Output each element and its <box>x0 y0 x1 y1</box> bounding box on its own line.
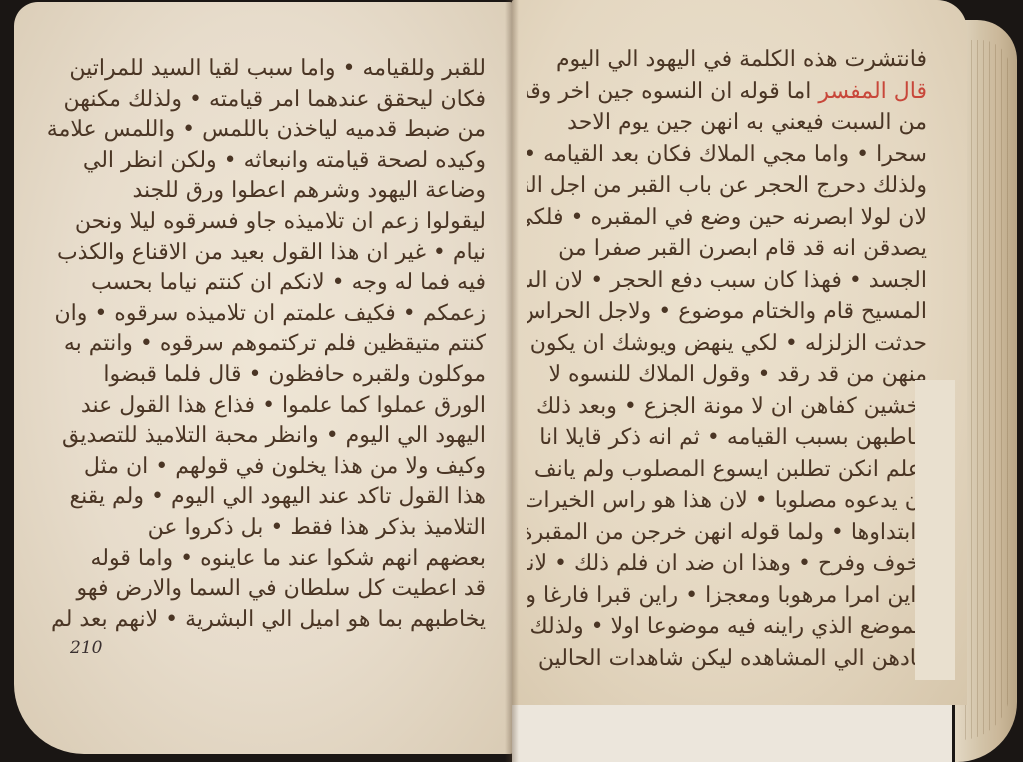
right-page-text: فانتشرت هذه الكلمة في اليهود الي اليوم ق… <box>527 44 927 674</box>
right-page: فانتشرت هذه الكلمة في اليهود الي اليوم ق… <box>512 0 967 705</box>
book-gutter <box>505 0 519 762</box>
line-text: اعلم انكن تطلبن ايسوع المصلوب ولم يانف <box>534 457 927 482</box>
line-text: حدثت الزلزله • لكي ينهض ويوشك ان يكون <box>530 331 927 356</box>
text-line: حدثت الزلزله • لكي ينهض ويوشك ان يكون <box>527 328 927 360</box>
line-text: وابتداوها • ولما قوله انهن خرجن من المقب… <box>527 520 927 545</box>
text-line: بخوف وفرح • وهذا ان ضد ان فلم ذلك • لانه… <box>527 548 927 580</box>
line-text: الجسد • فهذا كان سبب دفع الحجر • لان الس… <box>527 268 927 293</box>
text-line: ليقولوا زعم ان تلاميذه جاو فسرقوه ليلا و… <box>46 207 486 238</box>
text-line: المسيح قام والختام موضوع • ولاجل الحراس <box>527 296 927 328</box>
line-text: فانتشرت هذه الكلمة في اليهود الي اليوم <box>556 47 927 72</box>
folio-number: 210 <box>70 638 102 658</box>
line-text: الموضع الذي راينه فيه موضوعا اولا • ولذل… <box>530 614 927 639</box>
text-line: الورق عملوا كما علموا • فذاع هذا القول ع… <box>46 391 486 422</box>
text-line: نيام • غير ان هذا القول بعيد من الاقناع … <box>46 238 486 269</box>
text-line: هذا القول تاكد عند اليهود الي اليوم • ول… <box>46 482 486 513</box>
line-text: ولذلك دحرج الحجر عن باب القبر من اجل الن… <box>527 173 927 198</box>
line-text: منهن من قد رقد • وقول الملاك للنسوه لا <box>549 362 928 387</box>
text-line: اليهود الي اليوم • وانظر محبة التلاميذ ل… <box>46 421 486 452</box>
text-line: فانتشرت هذه الكلمة في اليهود الي اليوم <box>527 44 927 76</box>
line-text: راين امرا مرهوبا ومعجزا • راين قبرا فارغ… <box>527 583 927 608</box>
line-text: من السبت فيعني به انهن جين يوم الاحد <box>567 110 927 135</box>
paper-patch <box>915 380 955 680</box>
text-line: من السبت فيعني به انهن جين يوم الاحد <box>527 107 927 139</box>
text-line: منهن من قد رقد • وقول الملاك للنسوه لا <box>527 359 927 391</box>
text-line: الموضع الذي راينه فيه موضوعا اولا • ولذل… <box>527 611 927 643</box>
text-line: موكلون ولقبره حافظون • قال فلما قبضوا <box>46 360 486 391</box>
line-text: يصدقن انه قد قام ابصرن القبر صفرا من <box>558 236 927 261</box>
text-line: وضاعة اليهود وشرهم اعطوا ورق للجند <box>46 176 486 207</box>
text-line: سحرا • واما مجي الملاك فكان بعد القيامه … <box>527 139 927 171</box>
text-line: من ضبط قدميه لياخذن باللمس • واللمس علام… <box>46 115 486 146</box>
text-line: فكان ليحقق عندهما امر قيامته • ولذلك مكن… <box>46 85 486 116</box>
text-line: ولذلك دحرج الحجر عن باب القبر من اجل الن… <box>527 170 927 202</box>
rubric-qal-al-mufassir: قال المفسر <box>811 79 927 104</box>
line-text: المسيح قام والختام موضوع • ولاجل الحراس <box>527 299 927 324</box>
text-line: وكيف ولا من هذا يخلون في قولهم • ان مثل <box>46 452 486 483</box>
text-line: بعضهم انهم شكوا عند ما عاينوه • واما قول… <box>46 544 486 575</box>
text-line: فيه فما له وجه • لانكم ان كنتم نياما بحس… <box>46 268 486 299</box>
text-line: ان يدعوه مصلوبا • لان هذا هو راس الخيرات <box>527 485 927 517</box>
text-line: وكيده لصحة قيامته وانبعاثه • ولكن انظر ا… <box>46 146 486 177</box>
left-page-text: للقبر وللقيامه • واما سبب لقيا السيد للم… <box>46 54 486 635</box>
line-text: بخوف وفرح • وهذا ان ضد ان فلم ذلك • لانه… <box>527 551 927 576</box>
text-line: يصدقن انه قد قام ابصرن القبر صفرا من <box>527 233 927 265</box>
text-line: يخاطبهم بما هو اميل الي البشرية • لانهم … <box>46 605 486 636</box>
text-line: قد اعطيت كل سلطان في السما والارض فهو <box>46 574 486 605</box>
text-line: التلاميذ بذكر هذا فقط • بل ذكروا عن <box>46 513 486 544</box>
text-line: قال المفسر اما قوله ان النسوه جين اخر وق… <box>527 76 927 108</box>
text-line: اعلم انكن تطلبن ايسوع المصلوب ولم يانف <box>527 454 927 486</box>
line-text: تخشين كفاهن ان لا مونة الجزع • وبعد ذلك <box>536 394 927 419</box>
text-line: لان لولا ابصرنه حين وضع في المقبره • فلك… <box>527 202 927 234</box>
text-line: الجسد • فهذا كان سبب دفع الحجر • لان الس… <box>527 265 927 297</box>
text-line: زعمكم • فكيف علمتم ان تلاميذه سرقوه • وا… <box>46 299 486 330</box>
line-text: قادهن الي المشاهده ليكن شاهدات الحالين <box>538 646 927 671</box>
page-edges-texture <box>960 40 1010 740</box>
line-text: لان لولا ابصرنه حين وضع في المقبره • فلك… <box>527 205 927 230</box>
line-text: ان يدعوه مصلوبا • لان هذا هو راس الخيرات <box>527 488 927 513</box>
text-line: خاطبهن بسبب القيامه • ثم انه ذكر قايلا ا… <box>527 422 927 454</box>
line-text: سحرا • واما مجي الملاك فكان بعد القيامه … <box>527 142 927 167</box>
text-line: كنتم متيقظين فلم تركتموهم سرقوه • وانتم … <box>46 329 486 360</box>
text-line: راين امرا مرهوبا ومعجزا • راين قبرا فارغ… <box>527 580 927 612</box>
text-line: وابتداوها • ولما قوله انهن خرجن من المقب… <box>527 517 927 549</box>
line-text: اما قوله ان النسوه جين اخر وقت <box>527 79 811 104</box>
line-text: خاطبهن بسبب القيامه • ثم انه ذكر قايلا ا… <box>539 425 927 450</box>
text-line: تخشين كفاهن ان لا مونة الجزع • وبعد ذلك <box>527 391 927 423</box>
text-line: للقبر وللقيامه • واما سبب لقيا السيد للم… <box>46 54 486 85</box>
text-line: قادهن الي المشاهده ليكن شاهدات الحالين <box>527 643 927 675</box>
